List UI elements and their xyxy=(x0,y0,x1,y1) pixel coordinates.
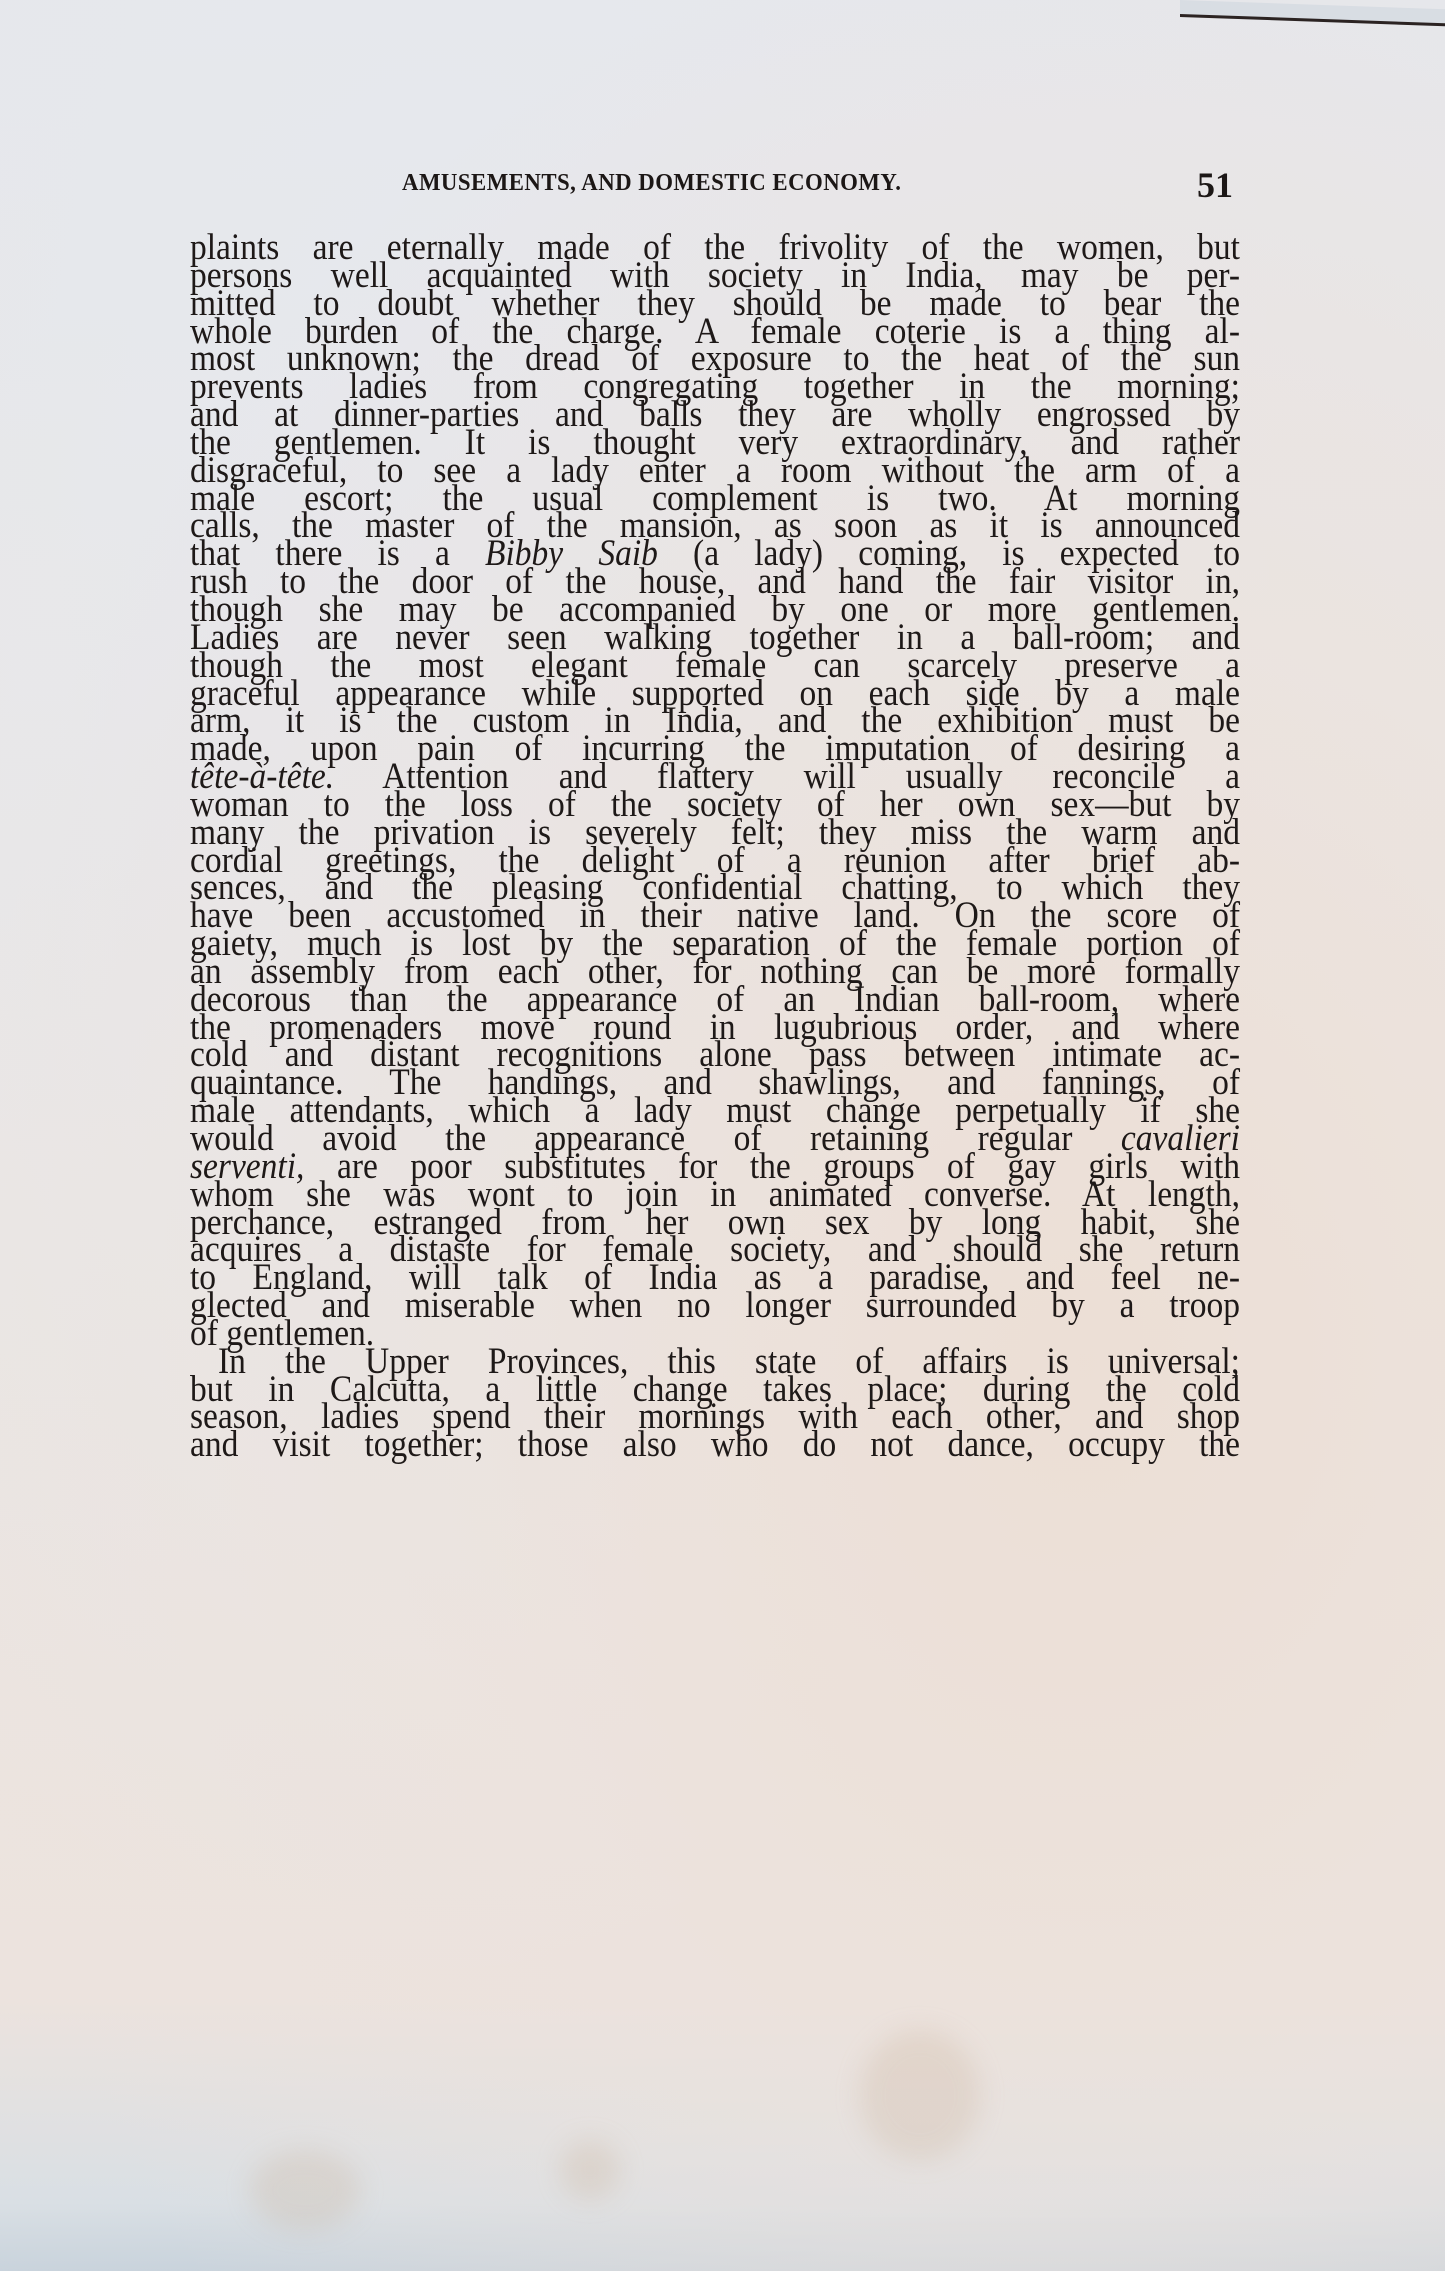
page-top-edge xyxy=(1180,0,1445,26)
body-text: plaints are eternally made of the frivol… xyxy=(190,232,1240,1457)
running-head-title: AMUSEMENTS, AND DOMESTIC ECONOMY. xyxy=(402,170,901,197)
paper-stain xyxy=(560,2140,620,2200)
page-number: 51 xyxy=(1197,164,1233,206)
book-page: AMUSEMENTS, AND DOMESTIC ECONOMY. 51 pla… xyxy=(0,0,1445,2271)
paper-stain xyxy=(250,2150,360,2230)
paper-stain xyxy=(860,2030,980,2160)
text-line: and visit together; those also who do no… xyxy=(190,1429,1240,1460)
